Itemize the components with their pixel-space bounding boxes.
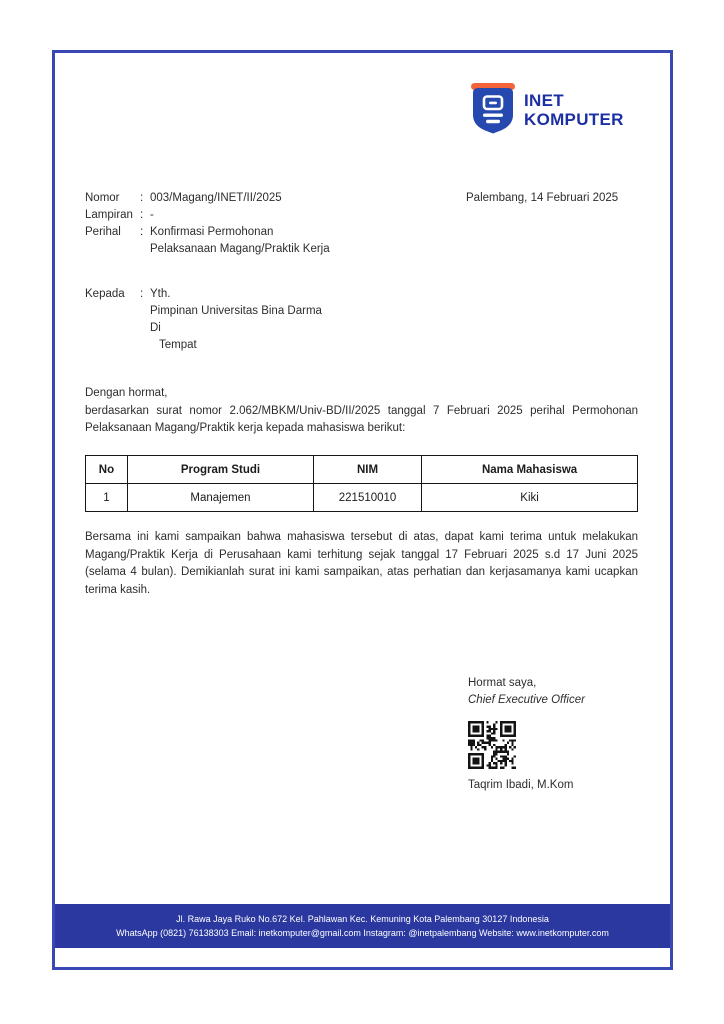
footer-bar: Jl. Rawa Jaya Ruko No.672 Kel. Pahlawan … — [55, 904, 670, 948]
company-logo: INET KOMPUTER — [470, 83, 624, 136]
meta-colon — [140, 241, 150, 258]
footer-contacts: WhatsApp (0821) 76138303 Email: inetkomp… — [55, 926, 670, 940]
meta-label: Perihal — [85, 224, 140, 241]
salutation: Dengan hormat, — [85, 385, 638, 403]
student-table: No Program Studi NIM Nama Mahasiswa 1 Ma… — [85, 455, 638, 512]
header-no: No — [86, 456, 128, 484]
recipient-row: Tempat — [85, 337, 570, 354]
recipient-label: Kepada — [85, 286, 140, 303]
recipient-line1: Yth. — [150, 286, 570, 303]
signature-title: Chief Executive Officer — [468, 692, 585, 709]
meta-colon: : — [140, 190, 150, 207]
cell-nim: 221510010 — [313, 484, 421, 512]
signature-block: Hormat saya, Chief Executive Officer Taq… — [468, 675, 585, 794]
recipient-row: Kepada : Yth. — [85, 286, 570, 303]
meta-value: Pelaksanaan Magang/Praktik Kerja — [150, 241, 570, 258]
letter-page: INET KOMPUTER Nomor : 003/Magang/INET/II… — [52, 50, 673, 970]
recipient-block: Kepada : Yth. Pimpinan Universitas Bina … — [85, 286, 570, 354]
signature-closing: Hormat saya, — [468, 675, 585, 692]
meta-colon: : — [140, 207, 150, 224]
city-date: Palembang, 14 Februari 2025 — [466, 190, 618, 207]
meta-row-perihal: Perihal : Konfirmasi Permohonan — [85, 224, 570, 241]
cell-program-studi: Manajemen — [127, 484, 313, 512]
company-name: INET KOMPUTER — [524, 91, 624, 129]
opening-block: Dengan hormat, berdasarkan surat nomor 2… — [85, 385, 638, 438]
company-name-line2: KOMPUTER — [524, 110, 624, 129]
recipient-row: Pimpinan Universitas Bina Darma — [85, 303, 570, 320]
recipient-colon: : — [140, 286, 150, 303]
recipient-line4: Tempat — [150, 337, 570, 354]
inet-komputer-shield-icon — [470, 83, 516, 136]
qr-code — [468, 721, 516, 769]
meta-label: Nomor — [85, 190, 140, 207]
company-name-line1: INET — [524, 91, 624, 110]
meta-row-perihal-cont: Pelaksanaan Magang/Praktik Kerja — [85, 241, 570, 258]
meta-colon: : — [140, 224, 150, 241]
footer-address: Jl. Rawa Jaya Ruko No.672 Kel. Pahlawan … — [55, 912, 670, 926]
meta-label: Lampiran — [85, 207, 140, 224]
table-row: 1 Manajemen 221510010 Kiki — [86, 484, 638, 512]
meta-label — [85, 241, 140, 258]
cell-no: 1 — [86, 484, 128, 512]
header-program-studi: Program Studi — [127, 456, 313, 484]
header-nama-mahasiswa: Nama Mahasiswa — [422, 456, 638, 484]
table-header-row: No Program Studi NIM Nama Mahasiswa — [86, 456, 638, 484]
signature-name: Taqrim Ibadi, M.Kom — [468, 777, 585, 794]
paragraph-1: berdasarkan surat nomor 2.062/MBKM/Univ-… — [85, 403, 638, 438]
recipient-row: Di — [85, 320, 570, 337]
recipient-line3: Di — [150, 320, 570, 337]
cell-nama-mahasiswa: Kiki — [422, 484, 638, 512]
header-nim: NIM — [313, 456, 421, 484]
meta-value: - — [150, 207, 570, 224]
meta-value: Konfirmasi Permohonan — [150, 224, 570, 241]
meta-row-lampiran: Lampiran : - — [85, 207, 570, 224]
recipient-line2: Pimpinan Universitas Bina Darma — [150, 303, 570, 320]
paragraph-2: Bersama ini kami sampaikan bahwa mahasis… — [85, 529, 638, 599]
